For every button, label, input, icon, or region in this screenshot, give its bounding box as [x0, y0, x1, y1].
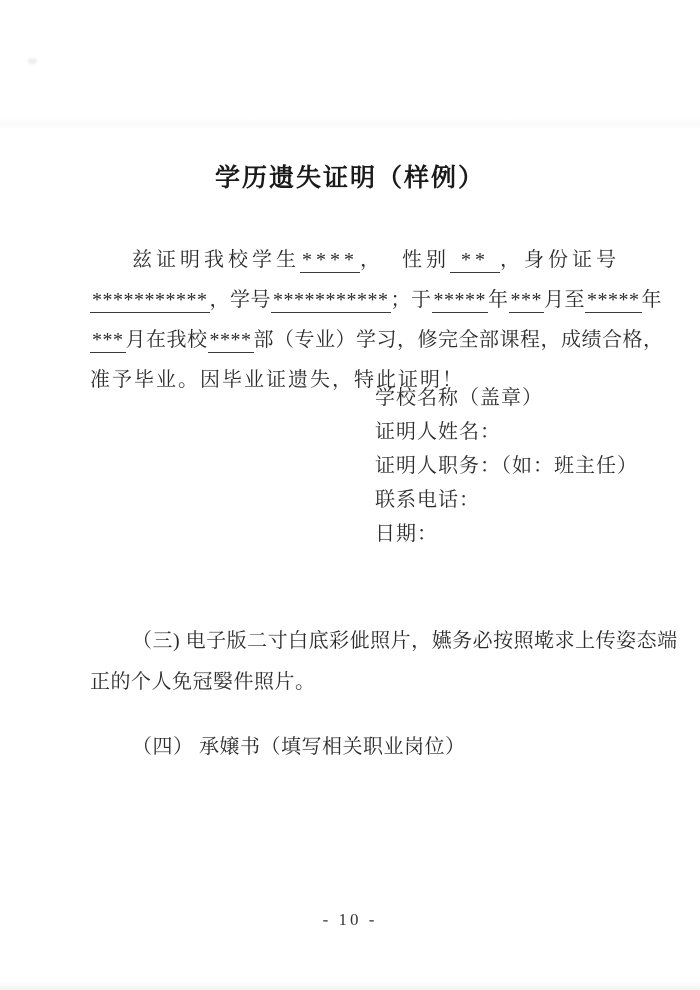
- note-line: 正的个人免冠嫛件照片。: [90, 662, 625, 703]
- certificate-title: 学历遗失证明（样例）: [0, 158, 700, 194]
- body-text: ，学号: [210, 289, 272, 311]
- fill-in-blank: **: [450, 249, 500, 273]
- body-line: ***********，学号***********；于*****年***月至**…: [90, 280, 620, 320]
- page-number: - 10 -: [0, 910, 700, 930]
- body-text: 兹证明我校学生: [132, 249, 300, 271]
- body-text: ，身份证号: [500, 249, 620, 271]
- note-section-4: （四） 承嬢书（填写相关职业岗位）: [90, 727, 625, 768]
- body-line: ***月在我校****部（专业）学习，修完全部课程，成绩合格，: [90, 320, 620, 360]
- fill-in-blank: ***: [90, 329, 126, 353]
- body-text: ；于: [391, 289, 432, 311]
- body-line: 兹证明我校学生****， 性别 ** ，身份证号: [90, 240, 620, 280]
- body-text: ， 性别: [360, 249, 450, 271]
- signature-block: 学校名称（盖章）证明人姓名：证明人职务：（如：班主任）联系电话：日期：: [375, 381, 638, 551]
- signature-line: 学校名称（盖章）: [375, 381, 638, 415]
- note-line: （四） 承嬢书（填写相关职业岗位）: [90, 727, 625, 768]
- scan-artifact-speck: [28, 58, 37, 64]
- fill-in-blank: *****: [585, 289, 642, 313]
- signature-line: 联系电话：: [375, 483, 638, 517]
- signature-line: 日期：: [375, 517, 638, 551]
- note-section-3: （三) 电子版二寸白底彩佌照片，嬿务必按照墘求上传姿态端正的个人免冠嫛件照片。: [90, 621, 625, 703]
- fill-in-blank: ****: [300, 249, 360, 273]
- body-text: 月至: [544, 289, 585, 311]
- fill-in-blank: ****: [208, 329, 254, 353]
- fill-in-blank: ***********: [271, 289, 391, 313]
- body-text: 年: [642, 289, 663, 311]
- fill-in-blank: ***: [509, 289, 545, 313]
- body-text: 月在我校: [126, 329, 208, 351]
- note-line: （三) 电子版二寸白底彩佌照片，嬿务必按照墘求上传姿态端: [90, 621, 625, 662]
- signature-line: 证明人姓名：: [375, 415, 638, 449]
- body-text: 年: [488, 289, 509, 311]
- signature-line: 证明人职务：（如：班主任）: [375, 449, 638, 483]
- fill-in-blank: *****: [432, 289, 489, 313]
- body-text: 部（专业）学习，修完全部课程，成绩合格，: [254, 329, 664, 351]
- document-page: 学历遗失证明（样例） 兹证明我校学生****， 性别 ** ，身份证号*****…: [0, 0, 700, 990]
- certificate-body: 兹证明我校学生****， 性别 ** ，身份证号***********，学号**…: [90, 240, 620, 400]
- scan-artifact-bottom-edge: [0, 982, 700, 990]
- fill-in-blank: ***********: [90, 289, 210, 313]
- scan-artifact-band: [0, 118, 700, 130]
